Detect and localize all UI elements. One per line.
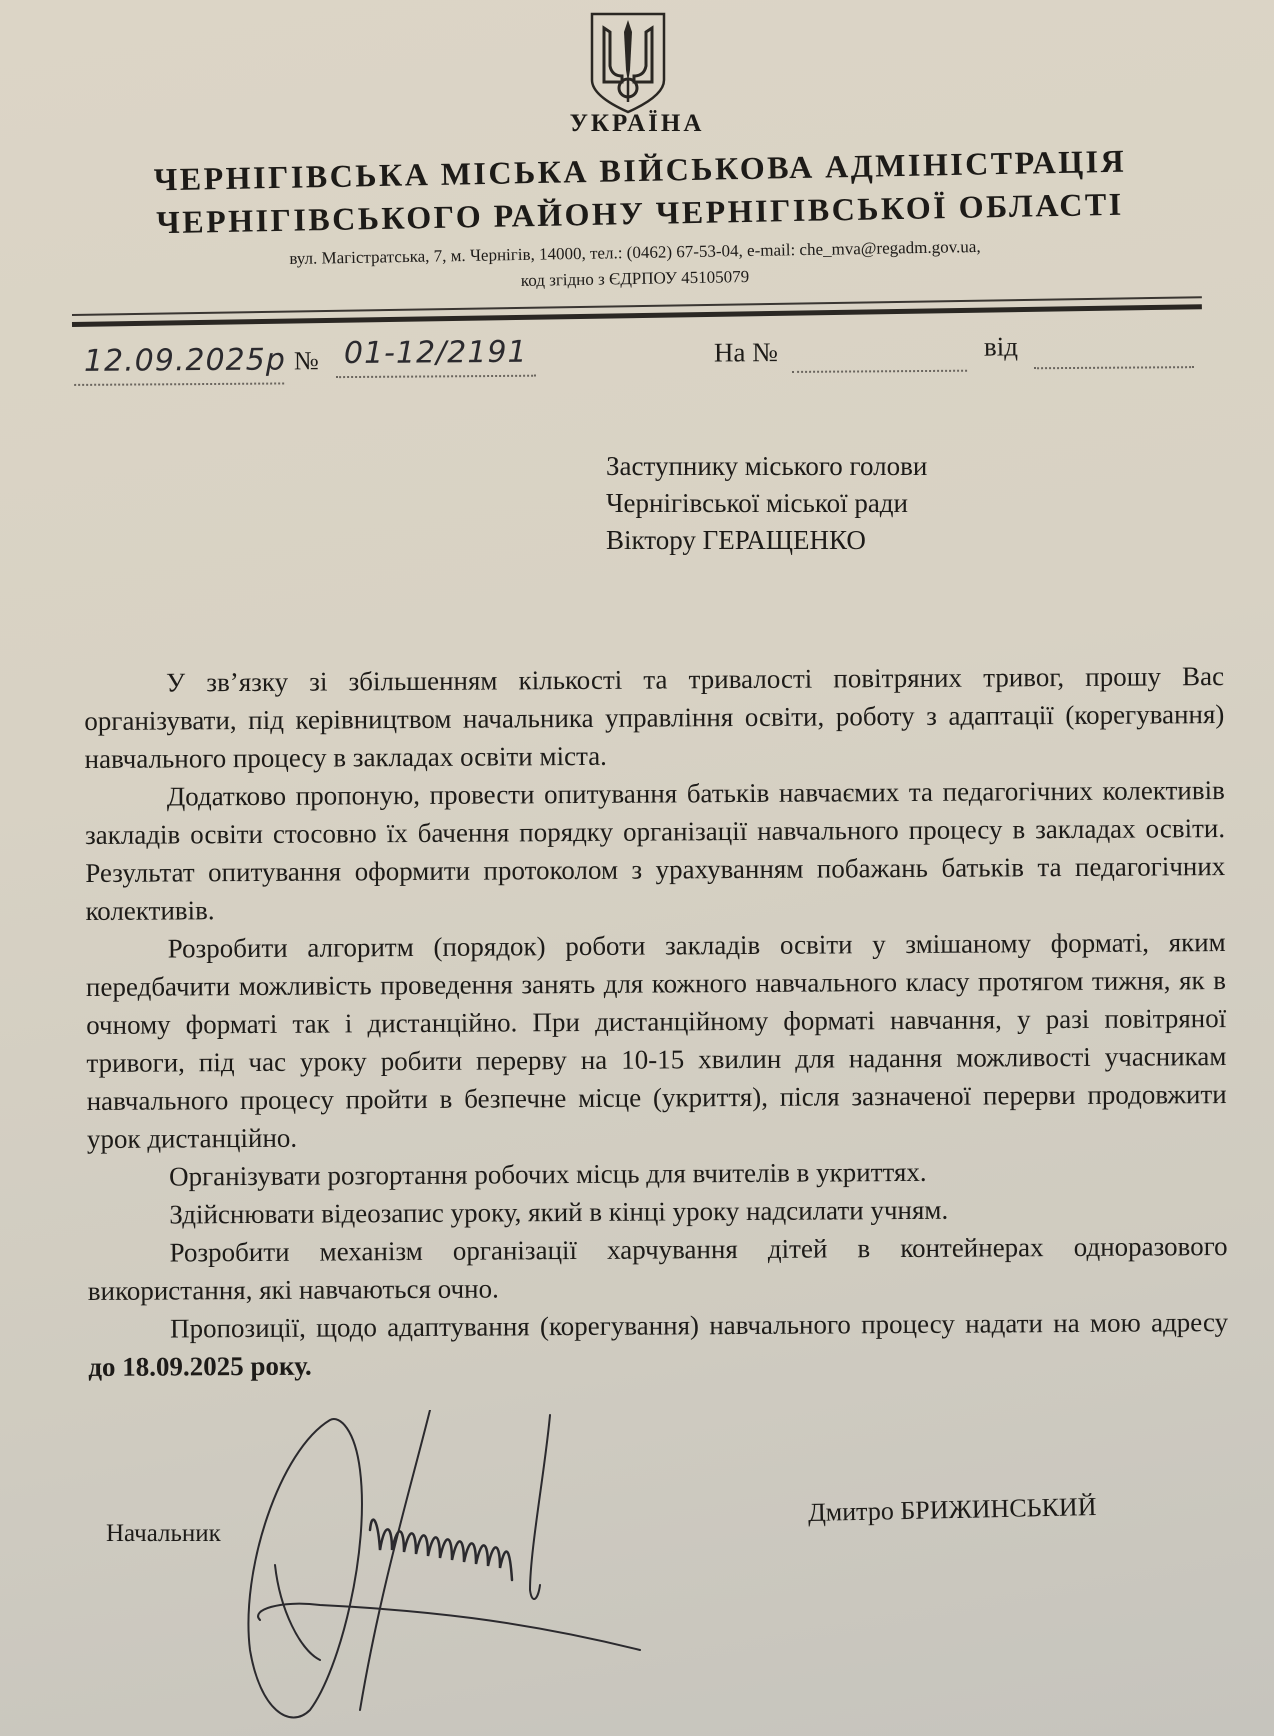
signer-position: Начальник — [106, 1520, 221, 1548]
date-underline — [74, 382, 284, 385]
addressee-block: Заступнику міського голови Чернігівської… — [606, 448, 927, 559]
country-name: УКРАЇНА — [0, 110, 1274, 138]
reply-to-field — [792, 370, 967, 373]
body-paragraph: Додатково пропоную, провести опитування … — [85, 771, 1226, 930]
outgoing-number: 01-12/2191 — [344, 335, 528, 371]
deadline-text: Пропозиції, щодо адаптування (корегуванн… — [170, 1307, 1228, 1343]
body-paragraph: Розробити алгоритм (порядок) роботи закл… — [86, 923, 1227, 1158]
handwritten-signature-icon — [220, 1410, 740, 1736]
from-field — [1034, 366, 1194, 369]
registration-line: 12.09.2025р № 01-12/2191 На № від — [74, 326, 1204, 394]
addressee-organization: Чернігівської міської ради — [606, 485, 927, 522]
deadline-date: до 18.09.2025 року. — [88, 1351, 312, 1382]
letter-body: У зв’язку зі збільшенням кількості та тр… — [84, 657, 1228, 1386]
reply-to-label: На № — [714, 337, 778, 368]
outgoing-date: 12.09.2025р — [84, 342, 286, 378]
addressee-name: Віктору ГЕРАЩЕНКО — [606, 522, 927, 559]
from-label: від — [984, 331, 1018, 362]
body-paragraph: У зв’язку зі збільшенням кількості та тр… — [84, 657, 1225, 778]
header-divider-thick — [72, 304, 1202, 327]
body-paragraph-deadline: Пропозиції, щодо адаптування (корегуванн… — [88, 1303, 1228, 1386]
letter-page: УКРАЇНА ЧЕРНІГІВСЬКА МІСЬКА ВІЙСЬКОВА АД… — [0, 0, 1274, 1736]
addressee-position: Заступнику міського голови — [606, 448, 927, 485]
trident-coat-of-arms-icon — [586, 10, 670, 114]
number-sign: № — [294, 346, 319, 376]
body-paragraph: Розробити механізм організації харчуванн… — [87, 1227, 1227, 1310]
number-underline — [336, 375, 536, 378]
signer-name: Дмитро БРИЖИНСЬКИЙ — [808, 1492, 1097, 1528]
